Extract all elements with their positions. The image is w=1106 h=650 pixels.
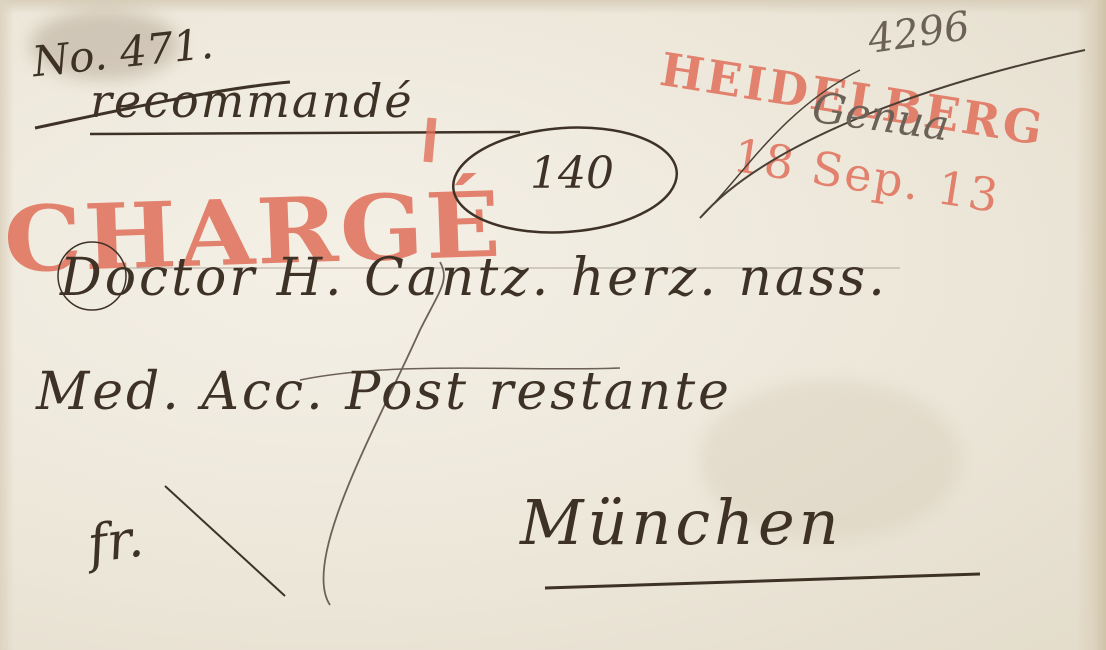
recommande-note: recommandé [90,74,414,128]
franco-mark: fr. [84,508,147,575]
address-line-1: Doctor H. Cantz. herz. nass. [60,248,888,308]
envelope-cover: CHARGÉ HEIDELBERG 18 Sep. 13 No. 471. re… [0,0,1106,650]
circled-rate-number: 140 [530,148,614,199]
address-city: München [520,486,843,559]
address-line-2: Med. Acc. Post restante [36,362,732,422]
